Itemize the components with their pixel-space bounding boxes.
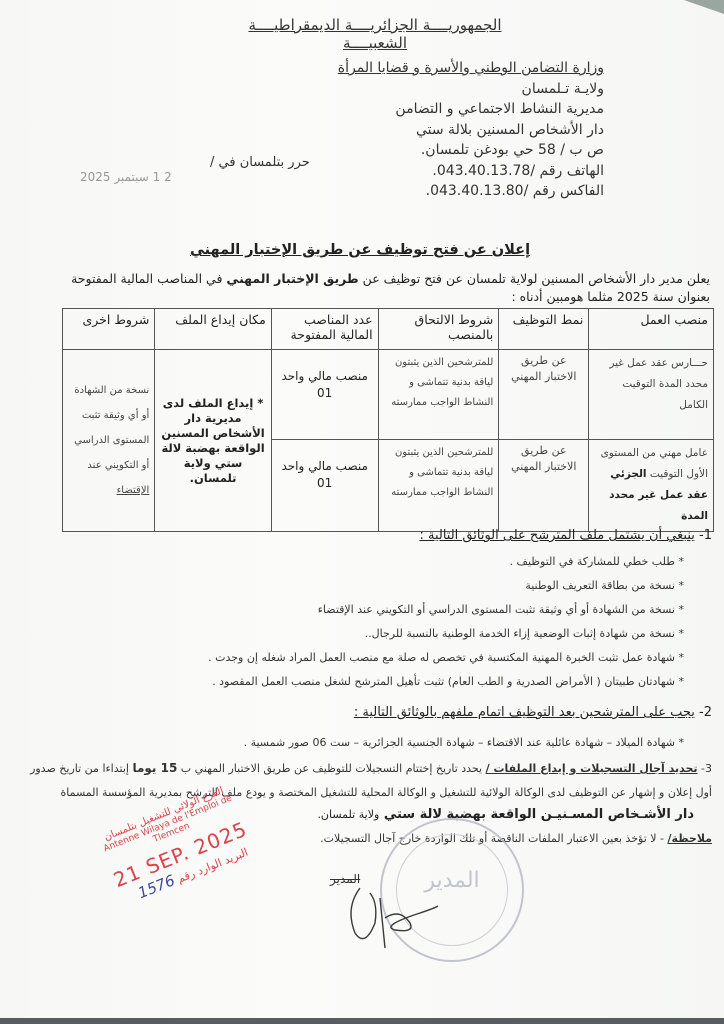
postal-address: ص ب / 58 حي بودغن تلمسان. <box>274 140 604 161</box>
list-item: * طلب خطي للمشاركة في التوظيف . <box>44 550 684 574</box>
signature-icon <box>340 878 440 958</box>
table-row: حـــارس عقد عمل غير محدد المدة التوقيت ا… <box>63 350 714 440</box>
institution-name: دار الأشخاص المسنين بلالة ستي <box>274 120 604 141</box>
deadline-days: 15 يوما <box>132 761 177 775</box>
col-header-count: عدد المناصب المالية المفتوحة <box>271 309 378 350</box>
cell-job: عامل مهني من المستوى الأول التوقيت الجزئ… <box>589 440 714 532</box>
cell-count: منصب مالي واحد 01 <box>271 350 378 440</box>
section-2-list: * شهادة الميلاد – شهادة عائلية عند الاقت… <box>24 731 684 755</box>
list-item: * نسخة من الشهادة أو أي وثيقة تثبت المست… <box>44 598 684 622</box>
cell-job: حـــارس عقد عمل غير محدد المدة التوقيت ا… <box>589 350 714 440</box>
stamped-date: 2 1 سبتمبر 2025 <box>80 170 172 184</box>
fax-number: الفاكس رقم /043.40.13.80. <box>274 181 604 202</box>
scan-bottom-edge <box>0 1018 724 1024</box>
cell-conditions: للمترشحين الذين يثبتون لياقة بدنية تتماش… <box>378 440 499 532</box>
republic-header: الجمهوريــــة الجزائريــــة الديمقراطيــ… <box>220 16 530 52</box>
cell-mode: عن طريق الاختبار المهني <box>499 440 589 532</box>
col-header-mode: نمط التوظيف <box>499 309 589 350</box>
institution-header: وزارة التضامن الوطني والأسرة و قضايا الم… <box>274 58 604 202</box>
section-3-heading: تحديد آجال التسجيلات و إيداع الملفات / <box>486 762 698 775</box>
document-title: إعلان عن فتح توظيف عن طريق الإختبار المه… <box>160 242 560 258</box>
list-item: * شهادة الميلاد – شهادة عائلية عند الاقت… <box>24 731 684 755</box>
wilaya-name: ولايـة تـلمسان <box>274 79 604 100</box>
col-header-conditions: شروط الالتحاق بالمنصب <box>378 309 499 350</box>
cell-count: منصب مالي واحد 01 <box>271 440 378 532</box>
intro-paragraph: يعلن مدير دار الأشخاص المسنين لولاية تلم… <box>60 270 710 306</box>
document-page: الجمهوريــــة الجزائريــــة الديمقراطيــ… <box>0 0 724 1024</box>
section-1-heading: 1- ينبغي أن يشتمل ملف المترشح على الوثائ… <box>32 528 712 543</box>
list-item: * نسخة من بطاقة التعريف الوطنية <box>44 574 684 598</box>
cell-mode: عن طريق الاختبار المهني <box>499 350 589 440</box>
cell-deposit-place: * إيداع الملف لدى مديرية دار الأشخاص الم… <box>155 350 272 532</box>
col-header-deposit: مكان إيداع الملف <box>155 309 272 350</box>
positions-table: منصب العمل نمط التوظيف شروط الالتحاق بال… <box>62 308 714 532</box>
list-item: * شهادتان طبيتان ( الأمراض الصدرية و الط… <box>44 670 684 694</box>
cell-other-conditions: نسخة من الشهادة أو أي وثيقة تثبت المستوى… <box>63 350 155 532</box>
cell-conditions: للمترشحين الذين يثبتون لياقة بدنية تتماش… <box>378 350 499 440</box>
col-header-job: منصب العمل <box>589 309 714 350</box>
section-2-heading: 2- يجب على المترشحين بعد التوظيف اتمام م… <box>32 705 712 720</box>
place-date-label: حرر بتلمسان في / <box>210 155 310 170</box>
directorate-name: مديرية النشاط الاجتماعي و التضامن <box>274 99 604 120</box>
col-header-other: شروط اخرى <box>63 309 155 350</box>
phone-number: الهاتف رقم /043.40.13.78. <box>274 161 604 182</box>
section-3-paragraph: 3- تحديد آجال التسجيلات و إيداع الملفات … <box>12 756 712 805</box>
list-item: * شهادة عمل تثبت الخبرة المهنية المكتسبة… <box>44 646 684 670</box>
table-header-row: منصب العمل نمط التوظيف شروط الالتحاق بال… <box>63 309 714 350</box>
list-item: * نسخة من شهادة إثبات الوضعية إزاء الخدم… <box>44 622 684 646</box>
intro-bold: طريق الإختبار المهني <box>226 271 358 286</box>
ministry-name: وزارة التضامن الوطني والأسرة و قضايا الم… <box>274 58 604 79</box>
section-1-list: * طلب خطي للمشاركة في التوظيف . * نسخة م… <box>44 550 684 694</box>
page-corner <box>684 0 724 14</box>
